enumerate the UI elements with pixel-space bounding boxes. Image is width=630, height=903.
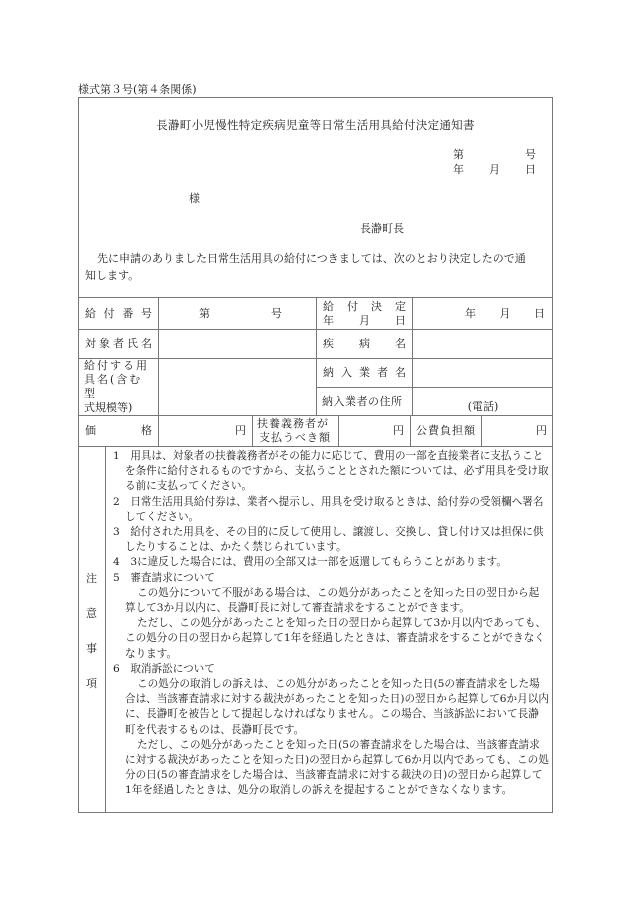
note-item-5-heading: 5 審査請求について xyxy=(113,571,549,586)
label-price: 価格 xyxy=(79,416,158,446)
label-subject-name: 対象者氏名 xyxy=(79,330,158,358)
note-item-2: 2 日常生活用具給付券は、業者へ提示し、用具を受け取るときは、給付券の受領欄へ署… xyxy=(113,495,549,525)
note-item-1: 1 用具は、対象者の扶養義務者がその能力に応じて、費用の一部を直接業者に支払うこ… xyxy=(113,449,549,495)
price-field[interactable]: 円 xyxy=(159,416,252,446)
document-title: 長瀞町小児慢性特定疾病児童等日常生活用具給付決定通知書 xyxy=(78,117,553,133)
recipient-honorific: 様 xyxy=(189,190,200,206)
notes-heading-char: 注 xyxy=(78,570,105,586)
label-equipment-name: 給付する用 具名(含む型 式規模等) xyxy=(79,359,158,415)
doc-date-day: 日 xyxy=(525,161,536,177)
doc-number-prefix: 第 xyxy=(453,146,464,162)
note-item-5-para2: ただし、この処分があったことを知った日の翌日から起算して3か月以内であっても、こ… xyxy=(113,616,549,662)
supplier-address-field[interactable]: (電話) xyxy=(413,388,553,415)
notes-heading-char: 項 xyxy=(78,675,105,691)
benefit-number-field[interactable]: 第号 xyxy=(159,298,316,329)
note-item-6-para1: この処分の取消しの訴えは、この処分があったことを知った日(5の審査請求をした場合… xyxy=(113,677,549,738)
subject-name-field[interactable] xyxy=(159,330,316,358)
label-guardian-payment: 扶養義務者が 支払うべき額 xyxy=(253,416,338,446)
guardian-payment-field[interactable]: 円 xyxy=(339,416,410,446)
label-public-burden: 公費負担額 xyxy=(411,416,481,446)
issuer-name: 長瀞町長 xyxy=(360,220,404,236)
supplier-name-field[interactable] xyxy=(413,359,553,387)
notes-body: 1 用具は、対象者の扶養義務者がその能力に応じて、費用の一部を直接業者に支払うこ… xyxy=(113,449,549,799)
notes-heading-char: 意 xyxy=(78,605,105,621)
disease-name-field[interactable] xyxy=(413,330,553,358)
label-supplier-name: 納入業者名 xyxy=(317,359,412,387)
row-divider xyxy=(78,446,553,447)
phone-label: (電話) xyxy=(468,400,499,414)
label-benefit-number: 給付番号 xyxy=(79,298,158,329)
label-disease-name: 疾病名 xyxy=(317,330,412,358)
decision-date-field[interactable]: 年月日 xyxy=(413,298,553,329)
equipment-name-field[interactable] xyxy=(159,359,316,415)
doc-date-year: 年 xyxy=(453,161,464,177)
notes-col-divider xyxy=(105,446,106,813)
form-number-label: 様式第３号(第４条関係) xyxy=(78,81,197,97)
note-item-6-para2: ただし、この処分があったことを知った日(5の審査請求をした場合は、当該審査請求に… xyxy=(113,738,549,799)
notes-heading-char: 事 xyxy=(78,640,105,656)
note-item-4: 4 3に違反した場合には、費用の全部又は一部を返還してもらうことがあります。 xyxy=(113,555,549,570)
note-item-5-para1: この処分について不服がある場合は、この処分があったことを知った日の翌日から起算し… xyxy=(113,586,549,616)
intro-text-line1: 先に申請のありました日常生活用具の給付につきましては、次のとおり決定したので通 xyxy=(97,250,526,266)
note-item-3: 3 給付された用具を、その目的に反して使用し、譲渡し、交換し、貸し付け又は担保に… xyxy=(113,525,549,555)
doc-number-suffix: 号 xyxy=(525,146,536,162)
doc-date-month: 月 xyxy=(489,161,500,177)
label-decision-date: 給付決定 年月日 xyxy=(317,298,412,329)
label-supplier-address: 納入業者の住所 xyxy=(317,388,412,415)
intro-text-line2: 知します。 xyxy=(85,267,139,283)
note-item-6-heading: 6 取消訴訟について xyxy=(113,662,549,677)
public-burden-field[interactable]: 円 xyxy=(482,416,553,446)
